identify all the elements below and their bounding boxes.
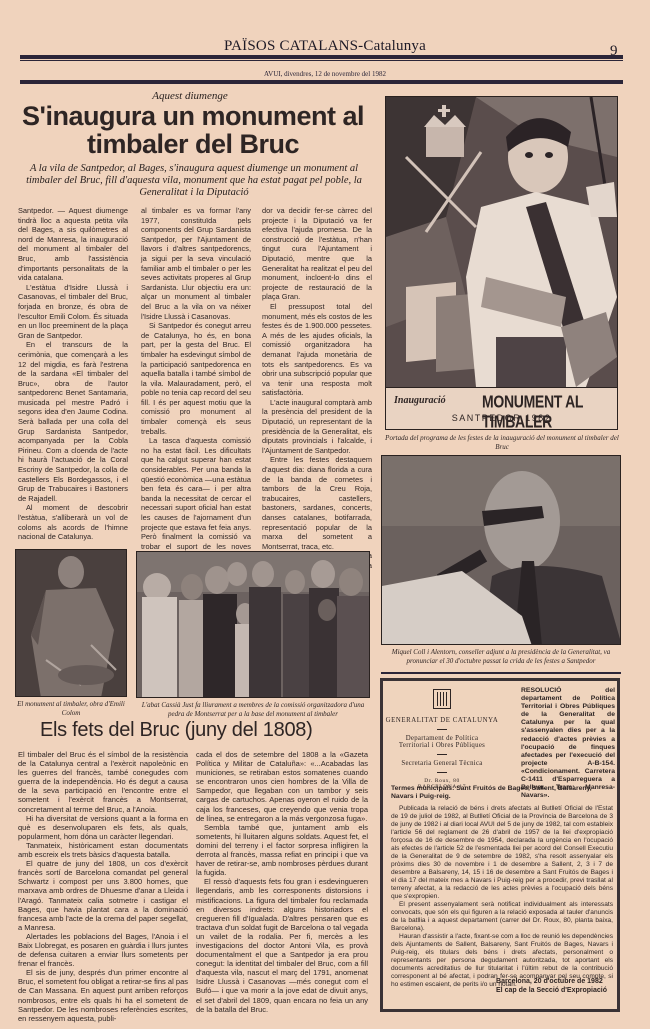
letterhead-divider: [437, 754, 447, 755]
article1-column-3: dor va decidir fer-se càrrec del project…: [262, 206, 372, 580]
paragraph: L'acte inaugural comptarà amb la presènc…: [262, 398, 372, 456]
paragraph: Tanmateix, històricament estan documenta…: [18, 841, 188, 859]
caption-rule: [381, 672, 621, 674]
generalitat-emblem-icon: [433, 689, 451, 709]
article-dek: A la vila de Santpedor, al Bages, s'inau…: [14, 163, 374, 199]
portrait-caption: Miquel Coll i Alentorn, conseller adjunt…: [381, 648, 621, 665]
poster-image: Inauguració MONUMENT AL TIMBALER SANTPED…: [385, 96, 618, 430]
paragraph: Santpedor. — Aquest diumenge tindrà lloc…: [18, 206, 128, 283]
headline-line-2: timbaler del Bruc: [8, 130, 378, 158]
notice-secretariat: Secretaria General Tècnica: [383, 760, 501, 767]
statue-caption: El monument al timbaler, obra d'Emili Co…: [15, 700, 127, 717]
paragraph: L'estàtua d'Isidre Llussà i Casanovas, e…: [18, 283, 128, 341]
date-line: AVUI, divendres, 12 de novembre del 1982: [0, 70, 650, 78]
article1-column-2: al timbaler es va formar l'any 1977, con…: [141, 206, 251, 571]
article2-column-2: cada el dos de setembre del 1808 a la «G…: [196, 750, 368, 1014]
signature-line-1: Barcelona, 20 d'octubre de 1982: [496, 977, 607, 986]
notice-letterhead: GENERALITAT DE CATALUNYA Departament de …: [383, 689, 501, 790]
headline-line-1: S'inaugura un monument al: [8, 102, 378, 130]
letterhead-divider: [437, 729, 447, 730]
notice-body: Publicada la relació de béns i drets afe…: [391, 805, 613, 989]
paragraph: El sis de juny, després d'un primer enco…: [18, 968, 188, 1023]
group-photo: [136, 551, 370, 698]
paragraph: cada el dos de setembre del 1808 a la «G…: [196, 750, 368, 823]
masthead-rule-top-thin: [20, 60, 623, 61]
article1-column-1: Santpedor. — Aquest diumenge tindrà lloc…: [18, 206, 128, 579]
poster-caption: Portada del programa de les festes de la…: [383, 434, 621, 451]
letterhead-divider: [437, 772, 447, 773]
notice-resolution: RESOLUCIÓ del departament de Política Te…: [521, 687, 615, 800]
group-caption: L'abat Cassià Just fa lliurament a membr…: [136, 701, 370, 718]
paragraph: En el transcurs de la cerimònia, que com…: [18, 340, 128, 503]
masthead-rule-top: [20, 55, 623, 59]
section-title: PAÏSOS CATALANS-Catalunya: [0, 38, 650, 55]
paragraph: dor va decidir fer-se càrrec del project…: [262, 206, 372, 302]
notice-dept-line-2: Territorial i Obres Públiques: [383, 742, 501, 749]
poster-divider: [386, 387, 617, 388]
paragraph: Hi ha diversitat de versions quant a la …: [18, 814, 188, 841]
portrait-figure-icon: [382, 456, 621, 645]
paragraph: Publicada la relació de béns i drets afe…: [391, 805, 613, 901]
statue-photo: [15, 549, 127, 697]
poster-title: MONUMENT AL TIMBALER: [482, 391, 617, 431]
paragraph: El quatre de juny del 1808, un cos d'exè…: [18, 859, 188, 932]
paragraph: El ressò d'aquests fets fou gran i esdev…: [196, 877, 368, 1013]
portrait-photo: [381, 455, 621, 645]
poster-script-label: Inauguració: [394, 395, 446, 406]
article2-title: Els fets del Bruc (juny del 1808): [40, 719, 370, 742]
poster-subtitle: SANTPEDOR 1982: [386, 413, 617, 423]
masthead-rule-bottom: [20, 80, 623, 84]
paragraph: Alertades les poblacions del Bages, l'An…: [18, 932, 188, 968]
statue-figure-icon: [16, 550, 127, 697]
paragraph: Sembla també que, juntament amb els some…: [196, 823, 368, 878]
notice-signature: Barcelona, 20 d'octubre de 1982 El cap d…: [496, 977, 607, 995]
paragraph: El present assenyalament serà notificat …: [391, 901, 613, 933]
notice-municipalities: Termes municipals: Sant Fruitós de Bages…: [391, 785, 613, 801]
notice-org: GENERALITAT DE CATALUNYA: [383, 717, 501, 724]
group-people-icon: [137, 552, 370, 698]
paragraph: Al moment de descobrir l'estàtua, s'alli…: [18, 503, 128, 541]
paragraph: al timbaler es va formar l'any 1977, con…: [141, 206, 251, 321]
signature-line-2: El cap de la Secció d'Expropiació: [496, 986, 607, 995]
government-notice: GENERALITAT DE CATALUNYA Departament de …: [380, 678, 620, 1012]
paragraph: El timbaler del Bruc és el símbol de la …: [18, 750, 188, 814]
paragraph: Entre les festes destaquem d'aquest dia:…: [262, 455, 372, 551]
paragraph: Si Santpedor és conegut arreu de Catalun…: [141, 321, 251, 436]
poster-artwork-icon: [386, 97, 617, 387]
article2-column-1: El timbaler del Bruc és el símbol de la …: [18, 750, 188, 1023]
notice-dept-line-1: Departament de Política: [383, 735, 501, 742]
paragraph: El pressupost total del monument, més el…: [262, 302, 372, 398]
article-headline: S'inaugura un monument al timbaler del B…: [8, 102, 378, 158]
